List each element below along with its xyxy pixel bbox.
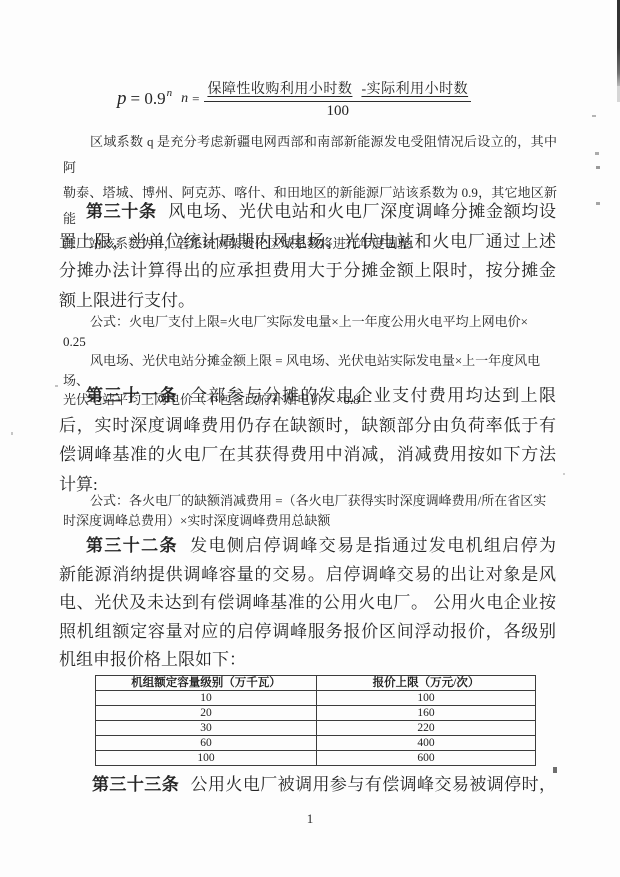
table-header-row: 机组额定容量级别（万千瓦） 报价上限（万元/次） <box>96 676 536 691</box>
table-row: 60 400 <box>96 736 536 751</box>
article-first-line: 第三十二条发电侧启停调峰交易是指通过发电机组启停为 <box>59 532 556 561</box>
formula-p: p = 0.9 n n = 保障性收购利用小时数-实际利用小时数 100 <box>117 78 471 120</box>
article-text: 全部参与分摊的发电企业支付费用均达到上限 <box>189 386 556 405</box>
numerator-right: -实际利用小时数 <box>361 82 468 97</box>
scan-speck <box>55 385 58 387</box>
text-line: 后，实时深度调峰费用仍存在缺额时，缺额部分由负荷率低于有 <box>59 411 556 441</box>
article-text: 风电场、光伏电站和火电厂深度调峰分摊金额均设 <box>168 202 556 221</box>
scan-speck <box>595 152 599 155</box>
text-line: 区域系数 q 是充分考虑新疆电网西部和南部新能源发电受阻情况后设立的，其中阿 <box>63 129 557 180</box>
text-line: 公式：火电厂支付上限=火电厂实际发电量×上一年度公用火电平均上网电价× <box>63 312 557 332</box>
table-header-price: 报价上限（万元/次） <box>317 676 536 691</box>
scan-speck <box>563 473 565 475</box>
article-number: 第三十条 <box>86 202 157 221</box>
cell-price: 400 <box>317 736 536 751</box>
article-first-line: 第三十三条公用火电厂被调用参与有偿调峰交易被调停时， <box>59 770 556 799</box>
table-row: 10 100 <box>96 691 536 706</box>
cell-capacity: 20 <box>96 706 317 721</box>
text-line: 公式：各火电厂的缺额消减费用 =（各火电厂获得实时深度调峰费用/所在省区实 <box>63 491 557 511</box>
text-line: 置上限，当单位统计周期内风电场、光伏电站和火电厂通过上述 <box>59 227 556 257</box>
text-line: 额上限进行支付。 <box>59 286 556 316</box>
scan-speck <box>596 202 600 205</box>
text-line: 照机组额定容量对应的启停调峰服务报价区间浮动报价，各级别 <box>59 618 556 647</box>
cell-capacity: 60 <box>96 736 317 751</box>
article-first-line: 第三十一条全部参与分摊的发电企业支付费用均达到上限 <box>59 381 556 411</box>
formula-article-31: 公式：各火电厂的缺额消减费用 =（各火电厂获得实时深度调峰费用/所在省区实 时深… <box>63 491 557 530</box>
numerator-left: 保障性收购利用小时数 <box>207 82 352 97</box>
scan-speck <box>596 166 600 169</box>
formula-fraction: 保障性收购利用小时数-实际利用小时数 100 <box>204 78 471 120</box>
text-line: 机组申报价格上限如下： <box>59 646 556 675</box>
price-cap-table: 机组额定容量级别（万千瓦） 报价上限（万元/次） 10 100 20 160 3… <box>95 675 536 766</box>
formula-equals: = <box>192 91 199 107</box>
page-number: 1 <box>0 811 620 827</box>
table-row: 100 600 <box>96 751 536 766</box>
text-line: 电、光伏及未达到有偿调峰基准的公用火电厂。 公用火电企业按 <box>59 589 556 618</box>
table-header-capacity: 机组额定容量级别（万千瓦） <box>96 676 317 691</box>
formula-var-n: n <box>181 91 188 107</box>
article-number: 第三十三条 <box>92 775 179 794</box>
cell-price: 600 <box>317 751 536 766</box>
document-page: p = 0.9 n n = 保障性收购利用小时数-实际利用小时数 100 区域系… <box>0 0 620 877</box>
article-32: 第三十二条发电侧启停调峰交易是指通过发电机组启停为 新能源消纳提供调峰容量的交易… <box>59 532 556 675</box>
formula-var-p: p <box>117 88 127 110</box>
table-row: 20 160 <box>96 706 536 721</box>
article-33: 第三十三条公用火电厂被调用参与有偿调峰交易被调停时， <box>59 770 556 799</box>
fraction-numerator: 保障性收购利用小时数-实际利用小时数 <box>204 78 471 102</box>
text-line: 分摊办法计算得出的应承担费用大于分摊金额上限时，按分摊金 <box>59 256 556 286</box>
scan-speck <box>11 432 13 435</box>
cell-capacity: 30 <box>96 721 317 736</box>
article-text: 发电侧启停调峰交易是指通过发电机组启停为 <box>189 536 556 555</box>
article-first-line: 第三十条风电场、光伏电站和火电厂深度调峰分摊金额均设 <box>59 197 556 227</box>
text-line: 偿调峰基准的火电厂在其获得费用中消减，消减费用按如下方法 <box>59 440 556 470</box>
text-line: 时深度调峰总费用）×实时深度调峰费用总缺额 <box>63 511 557 531</box>
cell-price: 220 <box>317 721 536 736</box>
article-number: 第三十一条 <box>86 386 178 405</box>
cell-price: 100 <box>317 691 536 706</box>
text-line: 0.25 <box>63 332 557 352</box>
scan-speck <box>553 767 557 773</box>
table-row: 30 220 <box>96 721 536 736</box>
article-31: 第三十一条全部参与分摊的发电企业支付费用均达到上限 后，实时深度调峰费用仍存在缺… <box>59 381 556 500</box>
cell-price: 160 <box>317 706 536 721</box>
fraction-denominator: 100 <box>327 102 350 120</box>
cell-capacity: 100 <box>96 751 317 766</box>
formula-exponent: n <box>167 87 173 99</box>
article-text: 公用火电厂被调用参与有偿调峰交易被调停时， <box>190 775 556 794</box>
article-30: 第三十条风电场、光伏电站和火电厂深度调峰分摊金额均设 置上限，当单位统计周期内风… <box>59 197 556 315</box>
scan-speck <box>592 115 596 117</box>
text-line: 新能源消纳提供调峰容量的交易。启停调峰交易的出让对象是风 <box>59 561 556 590</box>
article-number: 第三十二条 <box>86 536 178 555</box>
formula-eq: = 0.9 <box>131 89 166 109</box>
cell-capacity: 10 <box>96 691 317 706</box>
